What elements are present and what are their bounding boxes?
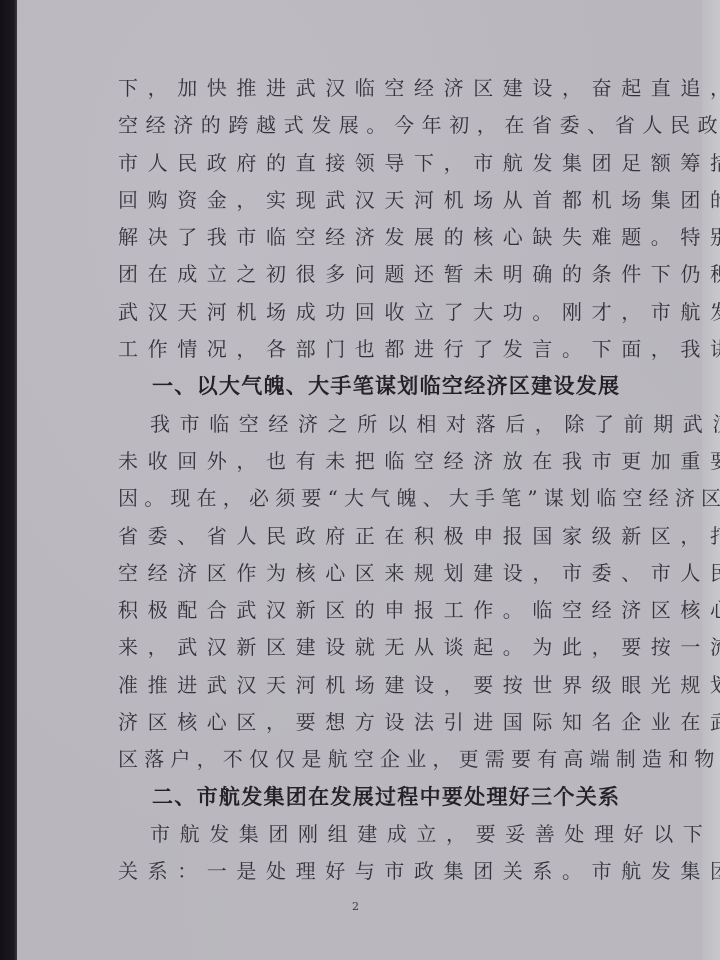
body-line: 回购资金，实现武汉天河机场从首都机场集团的顺利回收， <box>118 182 618 219</box>
body-line: 市人民政府的直接领导下，市航发集团足额筹措了我市机场 <box>118 145 618 182</box>
body-line: 省委、省人民政府正在积极申报国家级新区，打算将武汉临 <box>118 518 618 555</box>
body-line: 来，武汉新区建设就无从谈起。为此，要按一流国际机场标 <box>118 629 618 666</box>
body-line: 准推进武汉天河机场建设，要按世界级眼光规划建设临空经 <box>118 667 618 704</box>
section-heading-1: 一、以大气魄、大手笔谋划临空经济区建设发展 <box>118 368 618 405</box>
body-line: 武汉天河机场成功回收立了大功。刚才，市航发集团汇报了 <box>118 294 618 331</box>
body-line: 区落户，不仅仅是航空企业，更需要有高端制造和物流企业。 <box>118 741 618 778</box>
body-line: 解决了我市临空经济发展的核心缺失难题。特别是市航发集 <box>118 219 618 256</box>
body-line: 因。现在，必须要“大气魄、大手笔”谋划临空经济区发展。 <box>118 480 618 517</box>
scan-left-edge <box>0 0 17 960</box>
body-line: 济区核心区，要想方设法引进国际知名企业在武汉临空经济 <box>118 704 618 741</box>
body-line: 下，加快推进武汉临空经济区建设，奋起直追，实现我市临 <box>118 70 618 107</box>
section-heading-2: 二、市航发集团在发展过程中要处理好三个关系 <box>118 779 618 816</box>
body-line: 空经济的跨越式发展。今年初，在省委、省人民政府，市委、 <box>118 107 618 144</box>
body-line: 工作情况，各部门也都进行了发言。下面，我讲三点意见。 <box>118 331 618 368</box>
paragraph-start-line: 市航发集团刚组建成立，要妥善处理好以下 3 个方面的 <box>118 816 618 853</box>
body-line: 关系：一是处理好与市政集团关系。市航发集团刚组建成立 <box>118 853 618 890</box>
paragraph-start-line: 我市临空经济之所以相对落后，除了前期武汉天河机场 <box>118 406 618 443</box>
scan-right-edge <box>702 0 720 960</box>
page-number: 2 <box>352 900 359 913</box>
body-line: 空经济区作为核心区来规划建设，市委、市人民政府也正在 <box>118 555 618 592</box>
body-line: 未收回外，也有未把临空经济放在我市更加重要位置的原 <box>118 443 618 480</box>
body-line: 团在成立之初很多问题还暂未明确的条件下仍积极作为，为 <box>118 256 618 293</box>
document-body: 下，加快推进武汉临空经济区建设，奋起直追，实现我市临 空经济的跨越式发展。今年初… <box>118 70 618 891</box>
body-line: 积极配合武汉新区的申报工作。临空经济区核心区建设不起 <box>118 592 618 629</box>
